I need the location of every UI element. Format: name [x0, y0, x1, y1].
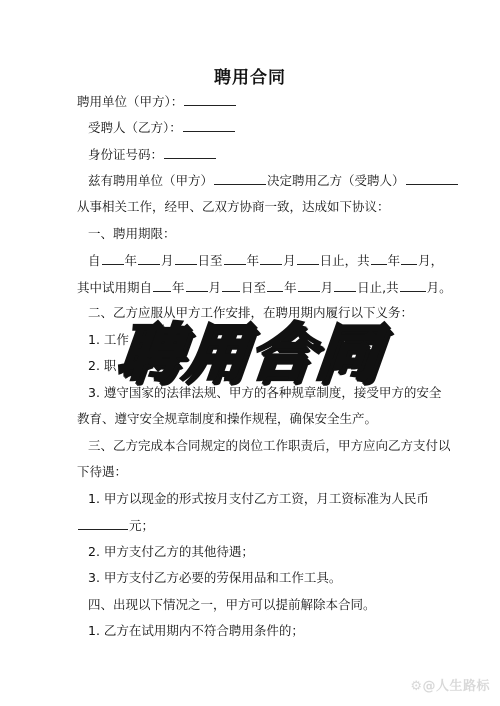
salary-unit: 元；: [129, 518, 154, 533]
employer-blank[interactable]: [184, 93, 236, 106]
total-months-blank[interactable]: [401, 252, 417, 265]
duty-item-3-cont: 教育、遵守安全规章制度和操作规程，确保安全生产。: [77, 411, 377, 427]
end-year-blank[interactable]: [224, 252, 246, 265]
probation-year-2: 年: [284, 280, 297, 295]
probation-start-day-blank[interactable]: [222, 279, 240, 292]
overlay-title: 聘用合同: [114, 318, 385, 388]
term-month-3: 月，: [418, 253, 443, 268]
section-1-heading: 一、聘用期限：: [88, 226, 176, 242]
employer-name-blank[interactable]: [214, 172, 266, 185]
probation-start-year-blank[interactable]: [153, 279, 171, 292]
probation-month-3: 月。: [427, 280, 452, 295]
term-total: 日止，共: [320, 253, 370, 268]
total-years-blank[interactable]: [371, 252, 387, 265]
id-number-line: 身份证号码：: [88, 146, 217, 163]
term-year-3: 年: [388, 253, 401, 268]
benefit-item-2: 2. 甲方支付乙方的其他待遇；: [88, 544, 254, 560]
agreement-line: 从事相关工作，经甲、乙双方协商一致，达成如下协议：: [77, 199, 390, 215]
probation-line: 其中试用期自年月日至年月日止,共月。: [77, 279, 452, 296]
section-3-heading: 三、乙方完成本合同规定的岗位工作职责后，甲方应向乙方支付以: [88, 438, 451, 454]
term-month: 月: [161, 253, 174, 268]
probation-end-month-blank[interactable]: [298, 279, 320, 292]
document-title: 聘用合同: [0, 63, 500, 88]
start-year-blank[interactable]: [102, 252, 124, 265]
section-3-heading-cont: 下待遇：: [77, 464, 127, 480]
id-number-label: 身份证号码：: [88, 147, 163, 162]
probation-total: 日止,共: [357, 280, 398, 295]
salary-line: 元；: [77, 517, 154, 534]
probation-year: 年: [172, 280, 185, 295]
term-year: 年: [125, 253, 138, 268]
hire-statement-part1: 兹有聘用单位（甲方）: [88, 173, 213, 188]
term-year-2: 年: [247, 253, 260, 268]
employer-line: 聘用单位（甲方）：: [77, 93, 237, 110]
benefit-item-3: 3. 甲方支付乙方必要的劳保用品和工作工具。: [88, 570, 341, 586]
probation-to: 日至: [241, 280, 266, 295]
employee-name-blank[interactable]: [406, 172, 458, 185]
employer-label: 聘用单位（甲方）：: [77, 94, 183, 109]
document-page: 聘用合同 聘用单位（甲方）： 受聘人（乙方）： 身份证号码： 兹有聘用单位（甲方…: [0, 0, 500, 706]
term-line: 自年月日至年月日止，共年月，: [88, 252, 443, 269]
probation-start-month-blank[interactable]: [186, 279, 208, 292]
employee-line: 受聘人（乙方）：: [88, 119, 236, 136]
probation-months-blank[interactable]: [400, 279, 426, 292]
end-month-blank[interactable]: [260, 252, 282, 265]
benefit-item-1: 1. 甲方以现金的形式按月支付乙方工资，月工资标准为人民币: [88, 491, 429, 507]
employee-blank[interactable]: [183, 119, 235, 132]
hire-statement-part2: 决定聘用乙方（受聘人）: [267, 173, 405, 188]
end-day-blank[interactable]: [297, 252, 319, 265]
probation-end-year-blank[interactable]: [267, 279, 283, 292]
employee-label: 受聘人（乙方）：: [88, 120, 182, 135]
termination-item-1: 1. 乙方在试用期内不符合聘用条件的；: [88, 623, 304, 639]
probation-end-day-blank[interactable]: [334, 279, 356, 292]
probation-month-2: 月: [321, 280, 334, 295]
start-month-blank[interactable]: [138, 252, 160, 265]
start-day-blank[interactable]: [175, 252, 197, 265]
term-from: 自: [88, 253, 101, 268]
hire-statement-line: 兹有聘用单位（甲方）决定聘用乙方（受聘人）: [88, 172, 459, 189]
id-number-blank[interactable]: [164, 146, 216, 159]
term-month-2: 月: [283, 253, 296, 268]
section-4-heading: 四、出现以下情况之一，甲方可以提前解除本合同。: [88, 597, 376, 613]
salary-amount-blank[interactable]: [78, 517, 128, 530]
probation-month: 月: [209, 280, 222, 295]
probation-from: 其中试用期自: [77, 280, 152, 295]
watermark: ⚙@人生路标: [410, 675, 490, 694]
term-to: 日至: [198, 253, 223, 268]
